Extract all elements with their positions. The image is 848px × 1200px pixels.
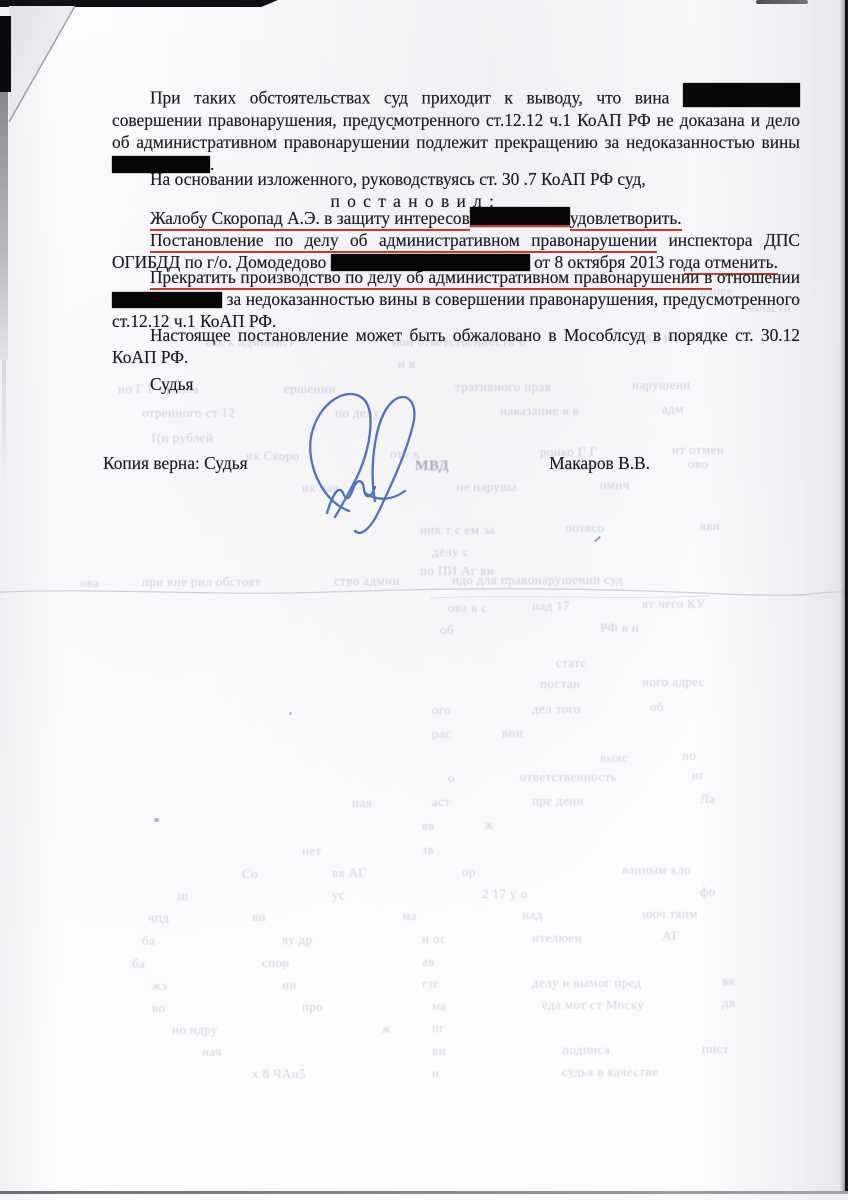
scanner-edge-left-gray <box>0 92 8 360</box>
sheet-corner-edge-line <box>0 0 90 130</box>
judge-label: Судья <box>150 374 194 395</box>
ghost-text-fragment: рас <box>432 726 451 742</box>
ghost-text-fragment: яви <box>700 518 720 534</box>
ghost-text-fragment: нарушени <box>632 377 690 393</box>
ghost-text-fragment: потясо <box>565 520 604 536</box>
ghost-text-fragment: 1(и рублей <box>150 430 213 446</box>
ghost-text-fragment: нг <box>692 767 705 783</box>
copy-certified-label: Копия верна: Судья <box>103 453 248 474</box>
ghost-text-fragment: ш <box>178 888 188 904</box>
ghost-text-fragment: РФ в н <box>600 620 639 636</box>
text-segment: На основании изложенного, руководствуясь… <box>150 169 646 189</box>
ghost-text-fragment: еда мот ст Моску <box>542 997 644 1013</box>
redaction-bar <box>470 207 570 227</box>
redaction-bar <box>112 292 222 308</box>
text-segment: совершении правонарушения, предусмотренн… <box>112 110 800 152</box>
judge-signature <box>283 381 473 539</box>
red-underlined-text: Постановление по делу об административно… <box>150 230 657 253</box>
ink-speck <box>392 127 395 130</box>
ghost-text-fragment: постан <box>540 676 581 692</box>
red-underlined-text: Жалобу Скоропад А.Э. в защиту интересов <box>150 208 470 231</box>
paper-right-shading <box>802 0 842 1194</box>
ghost-text-fragment: нг <box>432 1020 445 1036</box>
ghost-text-fragment: вя <box>422 818 435 834</box>
ghost-text-fragment: ба <box>142 933 155 949</box>
ghost-text-fragment: чпд <box>148 910 169 926</box>
ghost-text-fragment: ба <box>132 956 145 972</box>
red-underlined-text: удовлетворить. <box>570 208 682 231</box>
scanner-edge-left-black <box>0 16 11 92</box>
blue-pen-speck <box>154 818 159 822</box>
ghost-text-fragment: ви <box>432 1043 446 1059</box>
para-ruling-complaint: Жалобу Скоропад А.Э. в защиту интересову… <box>112 207 800 229</box>
ghost-text-fragment: ого <box>432 702 451 718</box>
ghost-text-fragment: ву др <box>282 932 313 948</box>
para-court-finding: При таких обстоятельствах суд приходит к… <box>112 83 800 175</box>
ghost-text-fragment: омнч <box>600 477 630 493</box>
scanner-edge-top-smudge <box>756 0 808 4</box>
ghost-text-fragment: вя АГ <box>332 865 366 881</box>
ghost-text-fragment: ванным кло <box>622 862 691 878</box>
paper-crease-line <box>0 583 848 605</box>
ghost-text-fragment: статс <box>556 655 587 671</box>
redaction-bar <box>683 83 800 107</box>
ghost-text-fragment: наказание в в <box>500 403 579 419</box>
ghost-text-fragment: пре дени <box>532 793 584 809</box>
ghost-text-fragment: подписа <box>562 1042 610 1058</box>
para-legal-basis: На основании изложенного, руководствуясь… <box>112 168 800 190</box>
ghost-text-fragment: адм <box>662 401 684 417</box>
ghost-text-fragment: ви <box>252 909 266 925</box>
ghost-text-fragment: ма <box>402 908 417 924</box>
ghost-text-fragment: вя <box>722 973 735 989</box>
ghost-text-fragment: АГ <box>662 928 680 944</box>
judge-name: Макаров В.В. <box>549 453 650 474</box>
ghost-text-fragment: ово <box>688 456 708 472</box>
ghost-text-fragment: н <box>432 1065 439 1081</box>
ghost-text-fragment: жз <box>152 978 167 994</box>
text-segment: Настоящее постановление может быть обжал… <box>112 325 800 367</box>
ghost-text-fragment: 2 17 у о <box>482 886 527 902</box>
ghost-text-fragment: дв <box>722 995 736 1011</box>
ghost-text-fragment: ителюен <box>532 930 582 946</box>
ghost-text-fragment: нет <box>302 843 322 859</box>
ghost-text-fragment: об <box>440 622 454 638</box>
para-ruling-terminate: Прекратить производство по делу об админ… <box>112 266 800 332</box>
ghost-text-fragment: об <box>650 699 664 715</box>
ghost-text-fragment: ор <box>462 864 476 880</box>
ghost-text-fragment: делу с <box>432 544 469 560</box>
ghost-text-fragment: Ла <box>700 791 715 807</box>
ghost-text-fragment: ни <box>282 977 297 993</box>
paper-bottom-edge-line <box>0 1191 848 1194</box>
blue-pen-speck <box>594 536 601 542</box>
ghost-text-fragment: ответственность <box>520 769 617 785</box>
ghost-text-fragment: спор <box>262 955 289 971</box>
ghost-text-fragment: фо <box>700 884 716 900</box>
ghost-text-fragment: зв <box>422 842 434 858</box>
ghost-text-fragment: нач <box>202 1044 222 1060</box>
ghost-text-fragment: ж <box>382 1021 391 1037</box>
ghost-text-fragment: про <box>302 999 323 1015</box>
ghost-text-fragment: судья в качестве <box>562 1064 658 1080</box>
ghost-text-fragment: ная <box>352 795 372 811</box>
scanned-court-document-page: как к администной ответственности ост 1 … <box>0 0 848 1200</box>
ghost-text-fragment: ус <box>332 887 345 903</box>
blue-pen-speck <box>289 712 292 715</box>
ghost-text-fragment: по <box>682 748 696 764</box>
ghost-text-fragment: над <box>522 907 543 923</box>
ghost-text-fragment: и ос <box>422 931 446 947</box>
ghost-text-fragment: выяс <box>600 750 628 766</box>
ghost-text-fragment: отренного ст 12 <box>142 405 235 421</box>
ghost-text-fragment: Со <box>242 866 258 882</box>
ghost-text-fragment: гзг <box>422 976 439 992</box>
text-segment: отношении <box>712 267 800 287</box>
ghost-text-fragment: ного адрес <box>642 674 705 690</box>
ghost-text-fragment: аст <box>432 794 450 810</box>
ghost-text-fragment: во <box>152 1000 165 1016</box>
ghost-text-fragment: делу и вымог пред <box>532 975 641 991</box>
scanner-edge-left-fade <box>2 360 6 490</box>
ghost-text-fragment: ма <box>432 998 447 1014</box>
text-segment: При таких обстоятельствах суд приходит к… <box>150 88 683 108</box>
ghost-text-fragment: но ндру <box>172 1022 218 1038</box>
red-underlined-text: Прекратить производство по делу об админ… <box>150 267 712 290</box>
para-appeal: Настоящее постановление может быть обжал… <box>112 324 800 368</box>
ghost-text-fragment: о <box>448 770 455 786</box>
ghost-text-fragment: дел того <box>532 701 581 717</box>
ghost-text-fragment: нюч тяим <box>642 906 698 922</box>
ghost-text-fragment: ж <box>484 817 493 833</box>
ghost-text-fragment: ав <box>422 954 435 970</box>
ghost-text-fragment: х 8 ЧАи5 <box>252 1066 306 1082</box>
ghost-text-fragment: вни <box>502 725 523 741</box>
document-text: При таких обстоятельствах суд приходит к… <box>112 78 800 368</box>
ghost-text-fragment: пист <box>702 1041 729 1057</box>
